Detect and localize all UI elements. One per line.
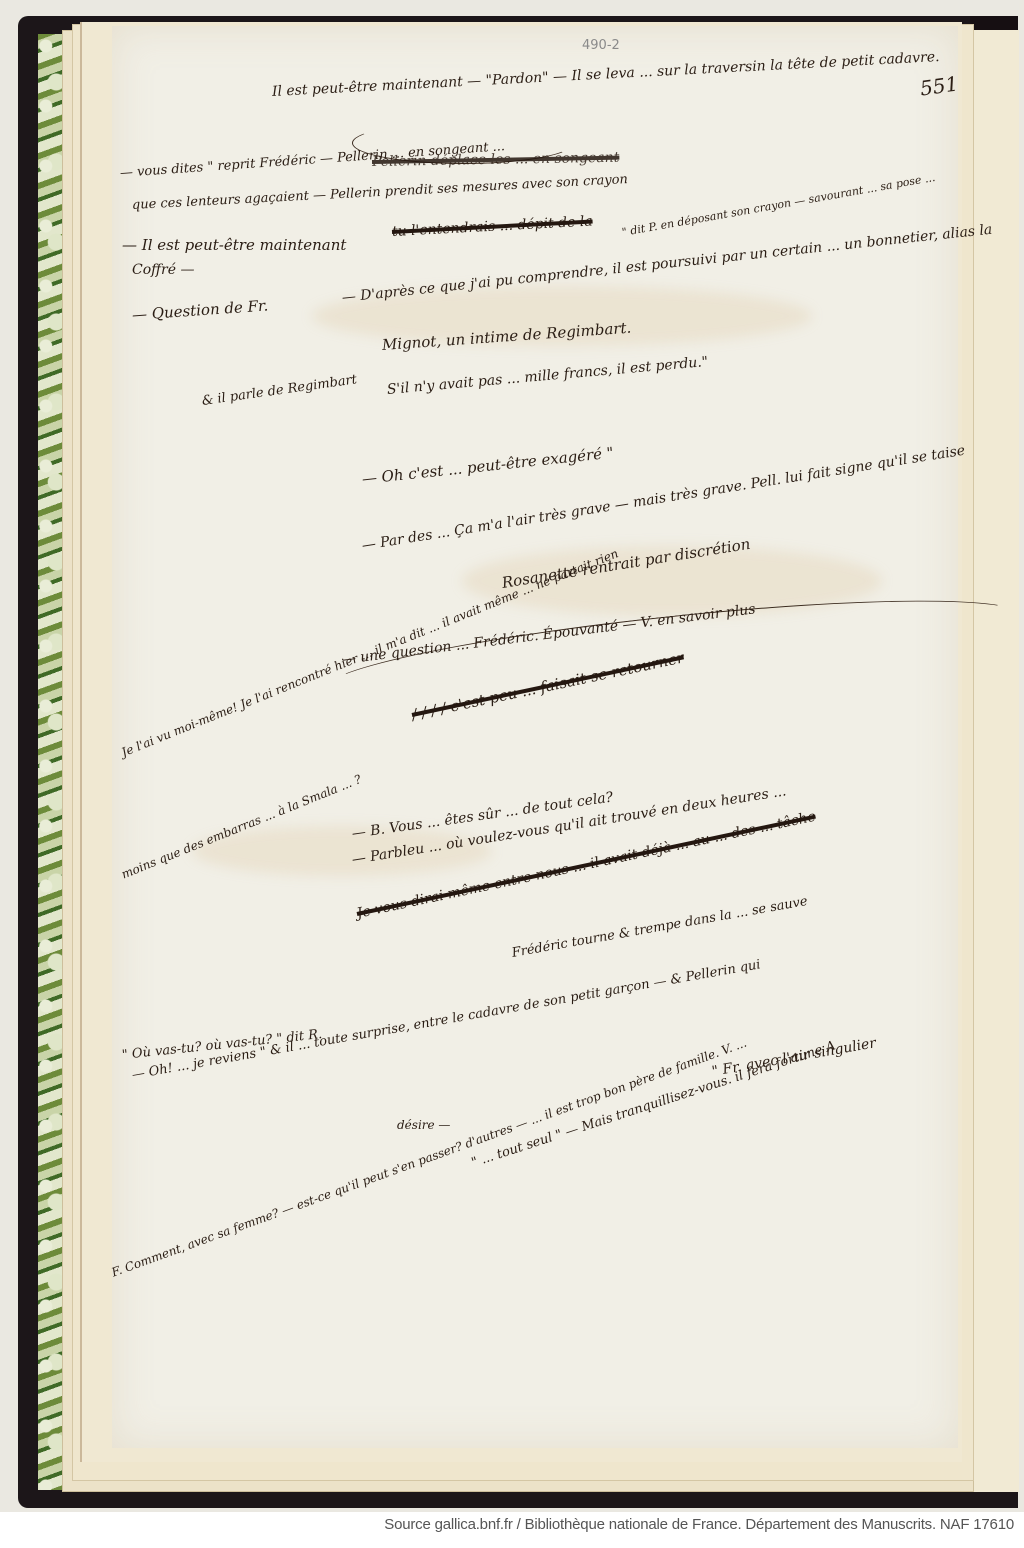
manuscript-line: F. Comment, avec sa femme? — est-ce qu'i… (110, 1036, 749, 1280)
manuscript-line: désire — (397, 1118, 450, 1132)
marbled-endpaper (38, 34, 64, 1490)
pencil-reference: 490-2 (582, 38, 620, 53)
manuscript-line: Frédéric tourne & trempe dans la ... se … (511, 894, 809, 961)
manuscript-line: que ces lenteurs agaçaient — Pellerin pr… (132, 172, 629, 213)
manuscript-line: Il est peut-être maintenant — "Pardon" —… (272, 49, 940, 100)
manuscript-page: 490-2 551 Il est peut-être maintenant — … (112, 26, 958, 1448)
manuscript-line: — Il est peut-être maintenant (122, 236, 346, 254)
source-credit: Source gallica.bnf.fr / Bibliothèque nat… (384, 1516, 1014, 1533)
manuscript-line: Coffré — (132, 262, 195, 278)
binding-top-right (970, 16, 1018, 30)
manuscript-line: " dit P. en déposant son crayon — savour… (621, 171, 936, 239)
manuscript-line: S'il n'y avait pas ... mille francs, il … (386, 354, 709, 398)
manuscript-line: " ... tout seul " — Mais tranquillisez-v… (470, 1038, 838, 1170)
folio-number: 551 (919, 71, 960, 100)
manuscript-line: — Par des ... Ça m'a l'air très grave — … (361, 443, 966, 554)
manuscript-line: & il parle de Regimbart (201, 372, 358, 409)
manuscript-line: — Oh c'est ... peut-être exagéré " (361, 444, 614, 488)
struck-passage: tu l'entendrais ... dépit de la (392, 213, 593, 239)
manuscript-line: — Question de Fr. (131, 296, 268, 323)
struck-passage: Pellerin déplace les ... en songeant (372, 150, 620, 170)
